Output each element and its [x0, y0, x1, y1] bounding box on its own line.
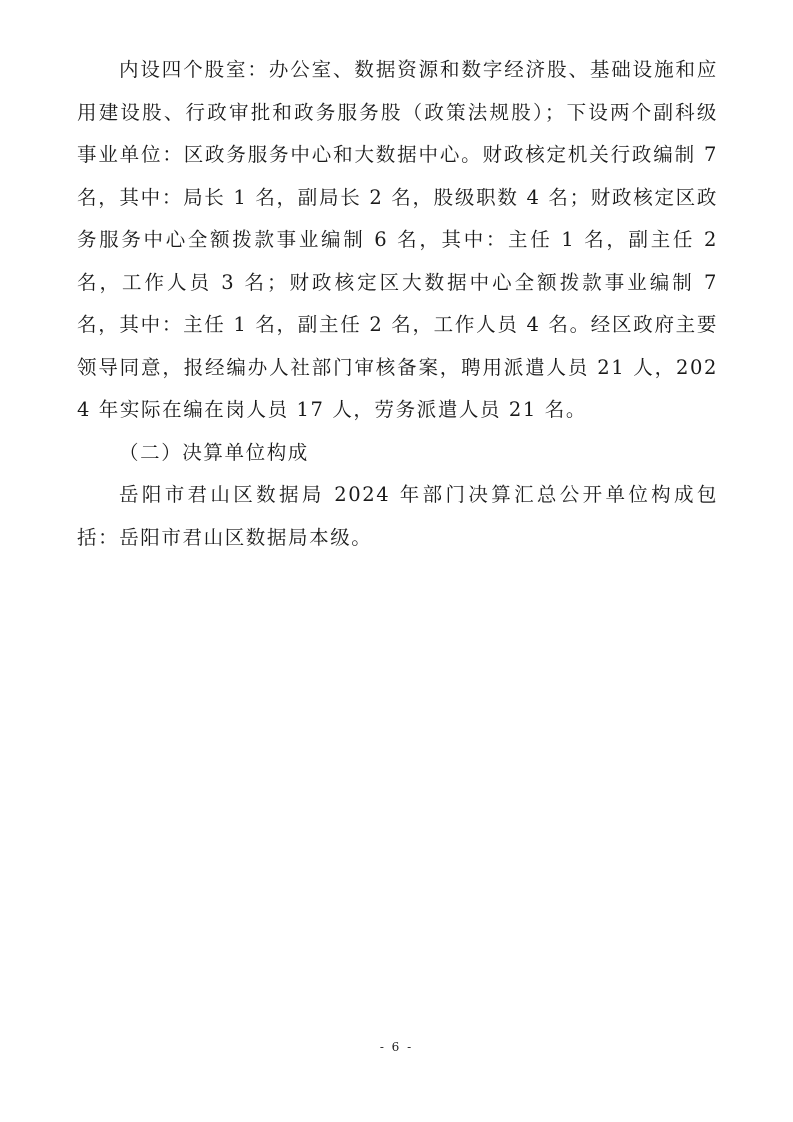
paragraph-staffing: 内设四个股室：办公室、数据资源和数字经济股、基础设施和应用建设股、行政审批和政务… — [77, 49, 718, 432]
section-heading-unit-composition: （二）决算单位构成 — [77, 432, 718, 475]
page-number: - 6 - — [0, 1040, 793, 1054]
document-page: 内设四个股室：办公室、数据资源和数字经济股、基础设施和应用建设股、行政审批和政务… — [77, 49, 718, 559]
paragraph-unit-composition: 岳阳市君山区数据局 2024 年部门决算汇总公开单位构成包括：岳阳市君山区数据局… — [77, 474, 718, 559]
